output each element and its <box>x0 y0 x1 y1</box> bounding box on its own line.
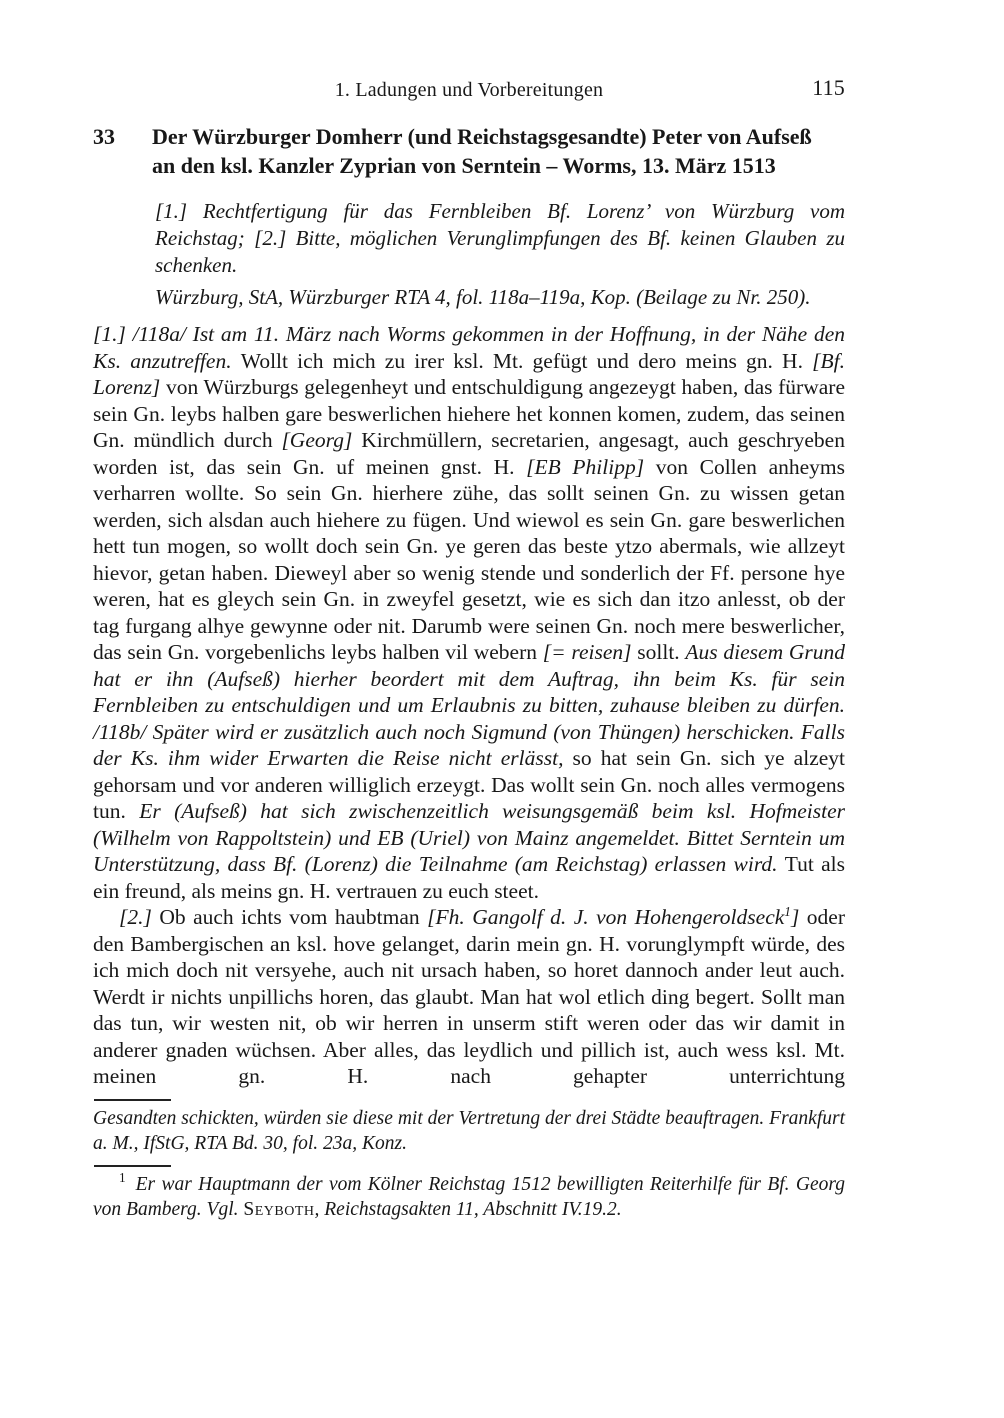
entry-title-line-2: an den ksl. Kanzler Zyprian von Serntein… <box>152 151 845 180</box>
body-segment: von Collen anheyms verharren wollte. So … <box>93 455 845 665</box>
book-page: 1. Ladungen und Vorbereitungen 115 33 De… <box>0 0 1004 1418</box>
footnote-separator-2 <box>94 1165 171 1167</box>
entry-number: 33 <box>93 122 152 180</box>
body-segment: ] <box>791 905 807 929</box>
body-segment: [EB Philipp] <box>526 455 656 479</box>
body-segment: Ob auch ichts vom haubtman <box>159 905 427 929</box>
body-segment: [Fh. Gangolf d. J. von Hohengeroldseck <box>427 905 784 929</box>
footnote-1: 1Er war Hauptmann der vom Kölner Reichst… <box>93 1172 845 1222</box>
body-segment: Er (Aufseß) hat sich zwischenzeitlich we… <box>93 799 845 876</box>
running-title: 1. Ladungen und Vorbereitungen <box>335 79 604 101</box>
body-segment: [2.] <box>119 905 159 929</box>
body-segment: oder den Bambergischen an ksl. hove gela… <box>93 905 845 1088</box>
body-segment: sollt. <box>637 640 685 664</box>
footnote-1-marker: 1 <box>119 1170 126 1185</box>
footnote-author-smallcaps: Seyboth <box>243 1199 314 1220</box>
text-block: 1. Ladungen und Vorbereitungen 115 33 De… <box>93 78 845 1222</box>
footnote-continuation: Gesandten schickten, würden sie diese mi… <box>93 1106 845 1156</box>
body-segment: [Georg] <box>281 428 361 452</box>
footnote-separator-1 <box>94 1099 171 1101</box>
entry-heading: 33 Der Würzburger Domherr (und Reichstag… <box>93 122 845 180</box>
footnote-reference-1: 1 <box>784 904 791 919</box>
body-segment: [= reisen] <box>543 640 637 664</box>
entry-title: Der Würzburger Domherr (und Reichstagsge… <box>152 122 845 180</box>
body-paragraph-2: [2.] Ob auch ichts vom haubtman [Fh. Gan… <box>93 904 845 1090</box>
page-number: 115 <box>812 76 845 100</box>
entry-summary: [1.] Rechtfertigung für das Fernbleiben … <box>155 198 845 279</box>
footnote-segment: , Reichstagsakten 11, Abschnitt IV.19.2. <box>315 1199 622 1220</box>
body-paragraph-1: [1.] /118a/ Ist am 11. März nach Worms g… <box>93 321 845 904</box>
body-segment: Wollt ich mich zu irer ksl. Mt. gefügt u… <box>241 349 812 373</box>
entry-source: Würzburg, StA, Würzburger RTA 4, fol. 11… <box>155 284 845 311</box>
page-header: 1. Ladungen und Vorbereitungen 115 <box>93 78 845 102</box>
entry-title-line-1: Der Würzburger Domherr (und Reichstagsge… <box>152 122 845 151</box>
document-body: [1.] /118a/ Ist am 11. März nach Worms g… <box>93 321 845 1090</box>
